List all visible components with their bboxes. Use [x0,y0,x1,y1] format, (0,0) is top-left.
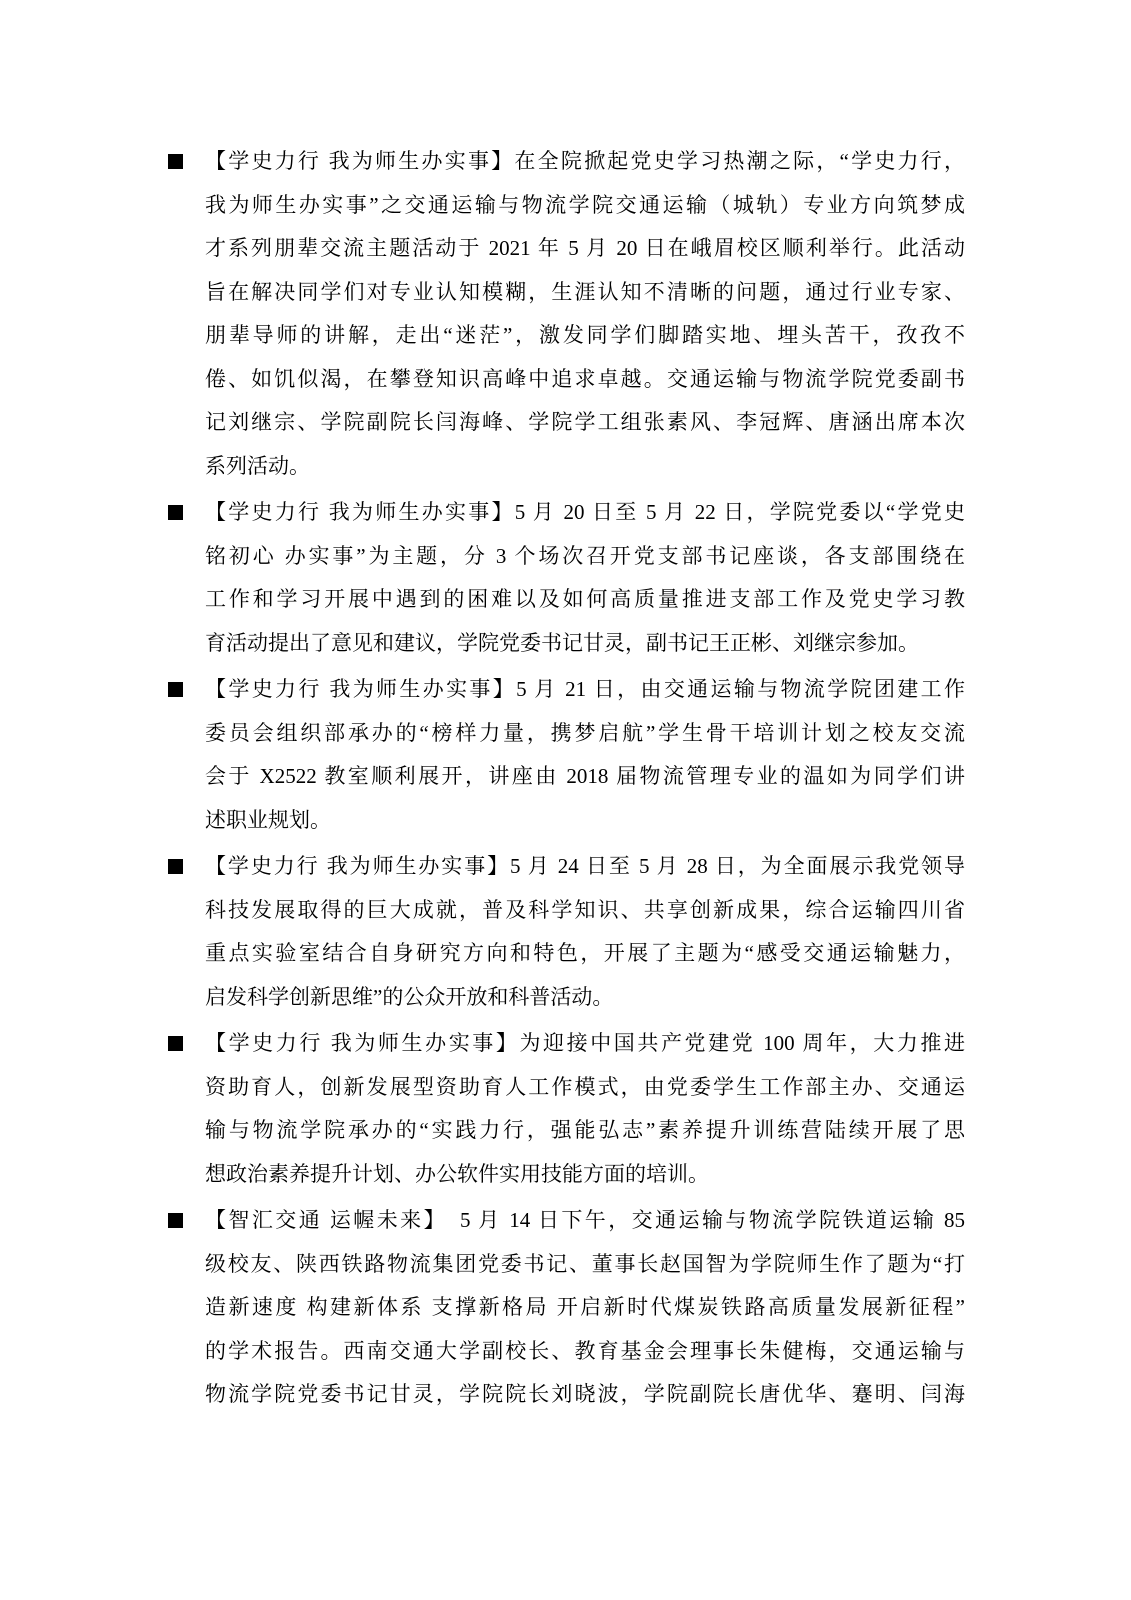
document-page: 【学史力行 我为师生办实事】在全院掀起党史学习热潮之际，“学史力行，我为师生办实… [0,0,1131,1600]
paragraph: 【学史力行 我为师生办实事】在全院掀起党史学习热潮之际，“学史力行，我为师生办实… [205,140,965,488]
paragraph: 【学史力行 我为师生办实事】5 月 20 日至 5 月 22 日，学院党委以“学… [205,491,965,665]
paragraph-line: 倦、如饥似渴，在攀登知识高峰中追求卓越。交通运输与物流学院党委副书 [205,358,965,402]
paragraph-line: 物流学院党委书记甘灵，学院院长刘晓波，学院副院长唐优华、蹇明、闫海 [205,1373,965,1417]
paragraph-line: 述职业规划。 [205,799,965,843]
news-item: 【学史力行 我为师生办实事】5 月 21 日，由交通运输与物流学院团建工作委员会… [168,668,965,842]
news-item: 【智汇交通 运幄未来】 5 月 14 日下午，交通运输与物流学院铁道运输 85级… [168,1199,965,1417]
bullet-marker-col [168,140,205,488]
news-item: 【学史力行 我为师生办实事】为迎接中国共产党建党 100 周年，大力推进资助育人… [168,1022,965,1196]
news-list: 【学史力行 我为师生办实事】在全院掀起党史学习热潮之际，“学史力行，我为师生办实… [168,140,965,1420]
paragraph-line: 【学史力行 我为师生办实事】5 月 24 日至 5 月 28 日，为全面展示我党… [205,845,965,889]
bullet-square-icon [168,154,183,169]
paragraph-line: 输与物流学院承办的“实践力行，强能弘志”素养提升训练营陆续开展了思 [205,1109,965,1153]
bullet-marker-col [168,668,205,842]
paragraph: 【学史力行 我为师生办实事】5 月 24 日至 5 月 28 日，为全面展示我党… [205,845,965,1019]
paragraph-line: 委员会组织部承办的“榜样力量，携梦启航”学生骨干培训计划之校友交流 [205,712,965,756]
paragraph-line: 会于 X2522 教室顺利展开，讲座由 2018 届物流管理专业的温如为同学们讲 [205,755,965,799]
bullet-marker-col [168,1022,205,1196]
paragraph-line: 【学史力行 我为师生办实事】在全院掀起党史学习热潮之际，“学史力行， [205,140,965,184]
paragraph: 【学史力行 我为师生办实事】为迎接中国共产党建党 100 周年，大力推进资助育人… [205,1022,965,1196]
paragraph-line: 想政治素养提升计划、办公软件实用技能方面的培训。 [205,1153,965,1197]
paragraph-line: 【学史力行 我为师生办实事】为迎接中国共产党建党 100 周年，大力推进 [205,1022,965,1066]
paragraph-line: 工作和学习开展中遇到的困难以及如何高质量推进支部工作及党史学习教 [205,578,965,622]
paragraph-line: 【智汇交通 运幄未来】 5 月 14 日下午，交通运输与物流学院铁道运输 85 [205,1199,965,1243]
paragraph-line: 系列活动。 [205,445,965,489]
bullet-marker-col [168,491,205,665]
paragraph-line: 启发科学创新思维”的公众开放和科普活动。 [205,976,965,1020]
bullet-square-icon [168,1036,183,1051]
paragraph-line: 我为师生办实事”之交通运输与物流学院交通运输（城轨）专业方向筑梦成 [205,184,965,228]
paragraph-line: 资助育人，创新发展型资助育人工作模式，由党委学生工作部主办、交通运 [205,1066,965,1110]
paragraph-line: 【学史力行 我为师生办实事】5 月 21 日，由交通运输与物流学院团建工作 [205,668,965,712]
paragraph: 【智汇交通 运幄未来】 5 月 14 日下午，交通运输与物流学院铁道运输 85级… [205,1199,965,1417]
paragraph-line: 育活动提出了意见和建议，学院党委书记甘灵，副书记王正彬、刘继宗参加。 [205,622,965,666]
news-item: 【学史力行 我为师生办实事】在全院掀起党史学习热潮之际，“学史力行，我为师生办实… [168,140,965,488]
paragraph-line: 科技发展取得的巨大成就，普及科学知识、共享创新成果，综合运输四川省 [205,889,965,933]
paragraph-line: 旨在解决同学们对专业认知模糊，生涯认知不清晰的问题，通过行业专家、 [205,271,965,315]
bullet-square-icon [168,1213,183,1228]
bullet-square-icon [168,505,183,520]
paragraph-line: 才系列朋辈交流主题活动于 2021 年 5 月 20 日在峨眉校区顺利举行。此活… [205,227,965,271]
bullet-marker-col [168,1199,205,1417]
paragraph-line: 级校友、陕西铁路物流集团党委书记、董事长赵国智为学院师生作了题为“打 [205,1243,965,1287]
paragraph-line: 造新速度 构建新体系 支撑新格局 开启新时代煤炭铁路高质量发展新征程” [205,1286,965,1330]
paragraph-line: 铭初心 办实事”为主题，分 3 个场次召开党支部书记座谈，各支部围绕在 [205,535,965,579]
bullet-square-icon [168,682,183,697]
paragraph-line: 记刘继宗、学院副院长闫海峰、学院学工组张素风、李冠辉、唐涵出席本次 [205,401,965,445]
paragraph-line: 重点实验室结合自身研究方向和特色，开展了主题为“感受交通运输魅力， [205,932,965,976]
paragraph: 【学史力行 我为师生办实事】5 月 21 日，由交通运输与物流学院团建工作委员会… [205,668,965,842]
paragraph-line: 的学术报告。西南交通大学副校长、教育基金会理事长朱健梅，交通运输与 [205,1330,965,1374]
bullet-square-icon [168,859,183,874]
news-item: 【学史力行 我为师生办实事】5 月 20 日至 5 月 22 日，学院党委以“学… [168,491,965,665]
bullet-marker-col [168,845,205,1019]
news-item: 【学史力行 我为师生办实事】5 月 24 日至 5 月 28 日，为全面展示我党… [168,845,965,1019]
paragraph-line: 【学史力行 我为师生办实事】5 月 20 日至 5 月 22 日，学院党委以“学… [205,491,965,535]
paragraph-line: 朋辈导师的讲解，走出“迷茫”，激发同学们脚踏实地、埋头苦干，孜孜不 [205,314,965,358]
